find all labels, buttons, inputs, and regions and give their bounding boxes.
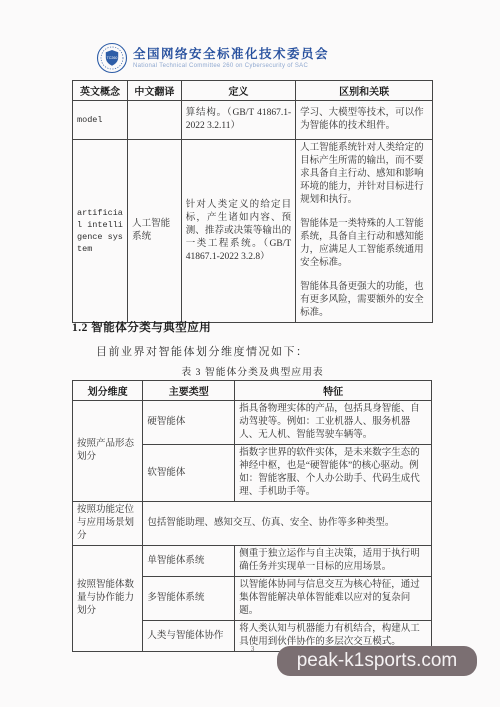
concept-definition-table: 英文概念 中文翻译 定义 区别和关联 model 算结构。（GB/T 41867… (72, 80, 433, 323)
org-header: TC260 全国网络安全标准化技术委员会 National Technical … (96, 42, 329, 74)
intro-paragraph: 目前业界对智能体划分维度情况如下： (96, 343, 309, 359)
org-subtitle: National Technical Committee 260 on Cybe… (133, 62, 329, 70)
classification-table: 划分维度 主要类型 特征 按照产品形态划分 硬智能体 指具备物理实体的产品，包括… (72, 380, 432, 652)
type-cell: 多智能体系统 (143, 577, 235, 621)
chinese-translation-cell (128, 101, 182, 140)
col-header-main-type: 主要类型 (143, 381, 235, 401)
committee-seal-icon: TC260 (96, 42, 128, 74)
dimension-cell: 按照功能定位与应用场景划分 (73, 502, 143, 546)
concept-table-header-row: 英文概念 中文翻译 定义 区别和关联 (73, 81, 433, 101)
feature-cell: 侧重于独立运作与自主决策，适用于执行明确任务并实现单一目标的应用场景。 (235, 546, 432, 577)
definition-cell: 算结构。（GB/T 41867.1-2022 3.2.11） (181, 101, 295, 140)
english-concept-cell: artificial intelligence system (73, 140, 128, 323)
section-heading: 1.2 智能体分类与典型应用 (72, 319, 211, 335)
feature-cell: 指具备物理实体的产品，包括具身智能、自动驾驶等。例如：工业机器人、服务机器人、无… (235, 401, 432, 445)
table-row-model: model 算结构。（GB/T 41867.1-2022 3.2.11） 学习、… (73, 101, 433, 140)
col-header-definition: 定义 (181, 81, 295, 101)
type-cell: 硬智能体 (143, 401, 235, 445)
dimension-cell: 按照智能体数量与协作能力划分 (73, 546, 143, 652)
relation-paragraph: 人工智能系统针对人类给定的目标产生所需的输出，而不要求具备自主行动、感知和影响环… (300, 142, 428, 207)
type-cell: 单智能体系统 (143, 546, 235, 577)
relation-cell: 人工智能系统针对人类给定的目标产生所需的输出，而不要求具备自主行动、感知和影响环… (296, 140, 433, 323)
relation-paragraph: 智能体是一类特殊的人工智能系统，具备自主行动和感知能力，应满足人工智能系统通用安… (300, 218, 428, 270)
svg-text:TC260: TC260 (107, 56, 118, 60)
classification-header-row: 划分维度 主要类型 特征 (73, 381, 432, 401)
dimension-cell: 按照产品形态划分 (73, 401, 143, 502)
relation-paragraph: 智能体具备更强大的功能，也有更多风险，需要额外的安全标准。 (300, 281, 428, 320)
table-row-hard-agent: 按照产品形态划分 硬智能体 指具备物理实体的产品，包括具身智能、自动驾驶等。例如… (73, 401, 432, 445)
feature-cell: 包括智能助理、感知交互、仿真、安全、协作等多种类型。 (143, 502, 432, 546)
relation-paragraph: 学习、大模型等技术，可以作为智能体的技术组件。 (300, 107, 428, 133)
feature-cell: 指数字世界的软件实体，是未来数字生态的神经中枢，也是“硬智能体”的核心驱动。例如… (235, 445, 432, 502)
feature-cell: 以智能体协同与信息交互为核心特征，通过集体智能解决单体智能难以应对的复杂问题。 (235, 577, 432, 621)
table-caption: 表 3 智能体分类及典型应用表 (72, 364, 433, 378)
table-row-single-agent: 按照智能体数量与协作能力划分 单智能体系统 侧重于独立运作与自主决策，适用于执行… (73, 546, 432, 577)
english-concept-cell: model (73, 101, 128, 140)
document-page: TC260 全国网络安全标准化技术委员会 National Technical … (0, 0, 500, 707)
col-header-chinese-translation: 中文翻译 (128, 81, 182, 101)
watermark-pill: peak-k1sports.com (277, 646, 477, 676)
org-name: 全国网络安全标准化技术委员会 (133, 47, 329, 61)
chinese-translation-cell: 人工智能系统 (128, 140, 182, 323)
col-header-relation: 区别和关联 (296, 81, 433, 101)
org-text: 全国网络安全标准化技术委员会 National Technical Commit… (133, 47, 329, 70)
type-cell: 软智能体 (143, 445, 235, 502)
table-row-ai-system: artificial intelligence system 人工智能系统 针对… (73, 140, 433, 323)
col-header-english-concept: 英文概念 (73, 81, 128, 101)
relation-cell: 学习、大模型等技术，可以作为智能体的技术组件。 (296, 101, 433, 140)
col-header-feature: 特征 (235, 381, 432, 401)
definition-cell: 针对人类定义的给定目标，产生诸如内容、预测、推荐或决策等输出的一类工程系统。（G… (181, 140, 295, 323)
col-header-dimension: 划分维度 (73, 381, 143, 401)
table-row-function-scene: 按照功能定位与应用场景划分 包括智能助理、感知交互、仿真、安全、协作等多种类型。 (73, 502, 432, 546)
